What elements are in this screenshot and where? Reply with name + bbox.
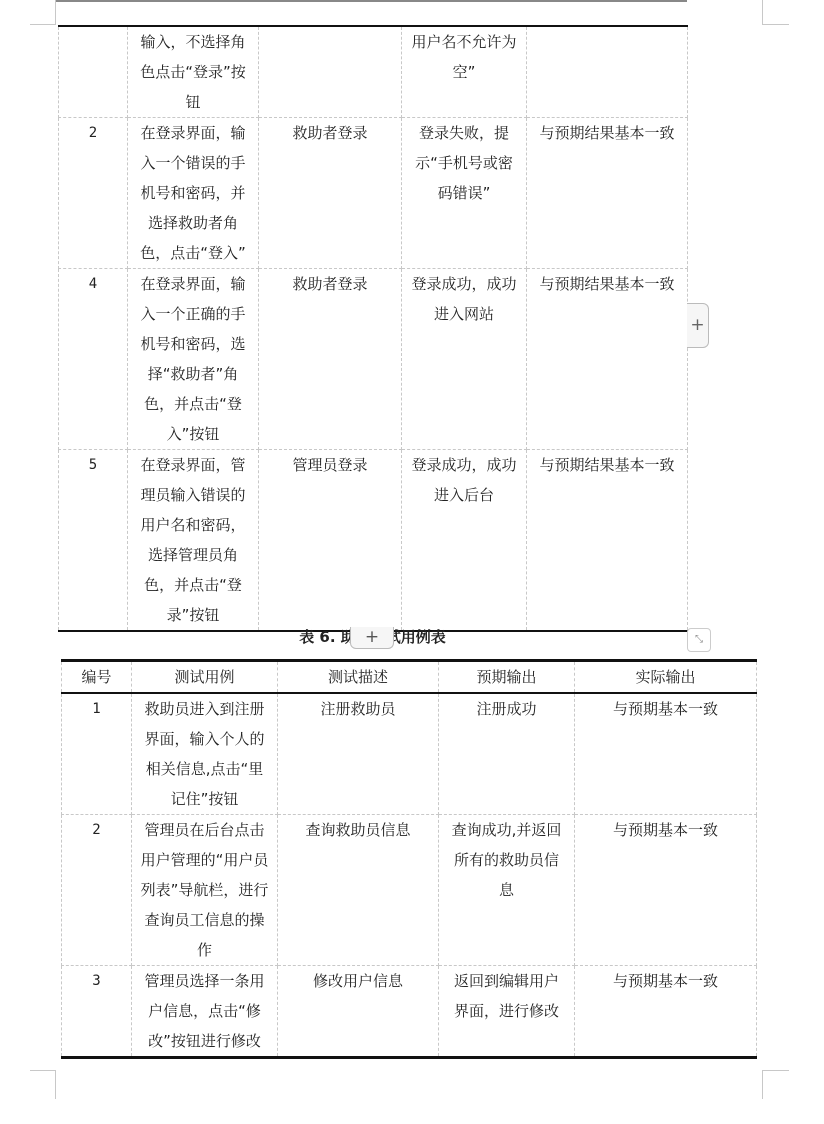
table-row: 输入，不选择角色点击“登录”按钮用户名不允许为空”	[59, 26, 688, 118]
table-header-row: 编号测试用例测试描述预期输出实际输出	[62, 661, 757, 694]
cell-id: 2	[59, 118, 128, 269]
cell-expected-output: 登录成功，成功进入后台	[402, 450, 527, 632]
cell-id: 5	[59, 450, 128, 632]
cell-id: 1	[62, 693, 132, 815]
table-row: 3管理员选择一条用户信息，点击“修改”按钮进行修改修改用户信息返回到编辑用户界面…	[62, 966, 757, 1058]
rescuer-test-case-table: 编号测试用例测试描述预期输出实际输出 1救助员进入到注册界面，输入个人的相关信息…	[61, 659, 757, 1059]
table-row: 1救助员进入到注册界面，输入个人的相关信息,点击“里记住”按钮注册救助员注册成功…	[62, 693, 757, 815]
cell-test-case: 管理员在后台点击用户管理的“用户员列表”导航栏，进行查询员工信息的操作	[132, 815, 278, 966]
cell-expected-output: 登录失败，提示“手机号或密码错误”	[402, 118, 527, 269]
table-row: 2在登录界面，输入一个错误的手机号和密码，并选择救助者角色，点击“登入”救助者登…	[59, 118, 688, 269]
table-row: 4在登录界面，输入一个正确的手机号和密码，选择“救助者”角色，并点击“登入”按钮…	[59, 269, 688, 450]
page-corner-mark-bottom-right	[762, 1070, 789, 1099]
cell-description: 管理员登录	[259, 450, 402, 632]
add-row-button[interactable]: +	[687, 303, 709, 348]
cell-expected-output: 用户名不允许为空”	[402, 26, 527, 118]
plus-icon: +	[365, 627, 379, 647]
cell-description: 修改用户信息	[278, 966, 439, 1058]
column-header: 编号	[62, 661, 132, 694]
column-header: 预期输出	[439, 661, 575, 694]
plus-icon: +	[690, 315, 704, 335]
cell-id: 4	[59, 269, 128, 450]
cell-actual-output: 与预期基本一致	[575, 815, 757, 966]
cell-description	[259, 26, 402, 118]
cell-description: 注册救助员	[278, 693, 439, 815]
cell-id	[59, 26, 128, 118]
cell-actual-output: 与预期结果基本一致	[527, 269, 688, 450]
page-top-edge	[56, 0, 687, 2]
table-resize-button[interactable]: ⤡	[687, 628, 711, 652]
cell-description: 救助者登录	[259, 269, 402, 450]
column-header: 测试描述	[278, 661, 439, 694]
cell-description: 查询救助员信息	[278, 815, 439, 966]
add-column-button[interactable]: +	[350, 627, 394, 649]
cell-expected-output: 查询成功,并返回所有的救助员信息	[439, 815, 575, 966]
cell-test-case: 在登录界面，管理员输入错误的用户名和密码，选择管理员角色，并点击“登录”按钮	[128, 450, 259, 632]
table-row: 2管理员在后台点击用户管理的“用户员列表”导航栏，进行查询员工信息的操作查询救助…	[62, 815, 757, 966]
expand-arrows-icon: ⤡	[695, 634, 703, 645]
cell-expected-output: 返回到编辑用户界面，进行修改	[439, 966, 575, 1058]
cell-test-case: 救助员进入到注册界面，输入个人的相关信息,点击“里记住”按钮	[132, 693, 278, 815]
cell-description: 救助者登录	[259, 118, 402, 269]
cell-id: 2	[62, 815, 132, 966]
cell-actual-output	[527, 26, 688, 118]
login-test-table: 输入，不选择角色点击“登录”按钮用户名不允许为空”2在登录界面，输入一个错误的手…	[58, 25, 688, 632]
page-corner-mark-top-left	[30, 0, 56, 25]
table-row: 5在登录界面，管理员输入错误的用户名和密码，选择管理员角色，并点击“登录”按钮管…	[59, 450, 688, 632]
cell-actual-output: 与预期基本一致	[575, 693, 757, 815]
cell-expected-output: 登录成功，成功进入网站	[402, 269, 527, 450]
cell-test-case: 管理员选择一条用户信息，点击“修改”按钮进行修改	[132, 966, 278, 1058]
page-corner-mark-top-right	[762, 0, 789, 25]
cell-actual-output: 与预期结果基本一致	[527, 118, 688, 269]
cell-actual-output: 与预期结果基本一致	[527, 450, 688, 632]
cell-expected-output: 注册成功	[439, 693, 575, 815]
cell-test-case: 输入，不选择角色点击“登录”按钮	[128, 26, 259, 118]
cell-id: 3	[62, 966, 132, 1058]
cell-test-case: 在登录界面，输入一个错误的手机号和密码，并选择救助者角色，点击“登入”	[128, 118, 259, 269]
column-header: 实际输出	[575, 661, 757, 694]
cell-actual-output: 与预期基本一致	[575, 966, 757, 1058]
column-header: 测试用例	[132, 661, 278, 694]
cell-test-case: 在登录界面，输入一个正确的手机号和密码，选择“救助者”角色，并点击“登入”按钮	[128, 269, 259, 450]
page-corner-mark-bottom-left	[30, 1070, 56, 1099]
